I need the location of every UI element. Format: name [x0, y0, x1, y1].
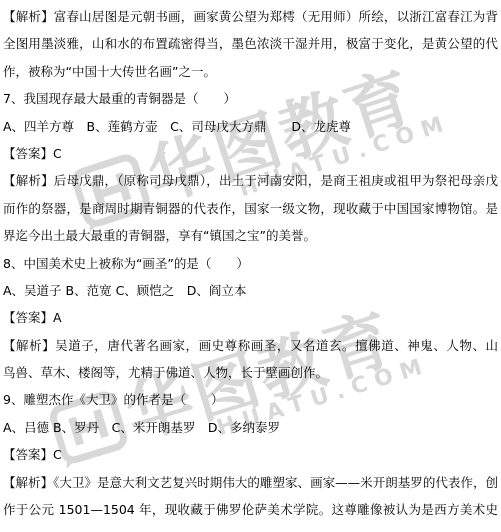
- analysis-q6-line-2: 全图用墨淡雅，山和水的布置疏密得当，墨色浓淡干湿并用，极富于变化，是黄公望的代表: [3, 30, 498, 57]
- question-9: 9、雕塑杰作《大卫》的作者是（ ）: [3, 386, 498, 413]
- analysis-8-line-1: 【解析】吴道子，唐代著名画家，画史尊称画圣，又名道玄。擅佛道、神鬼、人物、山水、: [3, 332, 498, 359]
- analysis-8-line-2: 鸟兽、草木、楼阁等，尤精于佛道、人物，长于壁画创作。: [3, 359, 498, 386]
- answer-9: 【答案】C: [3, 441, 498, 468]
- analysis-7-line-3: 界迄今出土最大最重的青铜器，享有“镇国之宝”的美誉。: [3, 222, 498, 249]
- options-9: A、吕德 B、罗丹 C、米开朗基罗 D、多纳泰罗: [3, 414, 498, 441]
- analysis-q6-line-1: 【解析】富春山居图是元朝书画，画家黄公望为郑樗（无用师）所绘，以浙江富春江为背景…: [3, 3, 498, 30]
- analysis-9-line-1: 【解析】《大卫》是意大利文艺复兴时期伟大的雕塑家、画家——米开朗基罗的代表作，创: [3, 469, 498, 496]
- analysis-q6-line-3: 作，被称为“中国十大传世名画”之一。: [3, 58, 498, 85]
- question-8: 8、中国美术史上被称为“画圣”的是（ ）: [3, 250, 498, 277]
- answer-8: 【答案】A: [3, 304, 498, 331]
- analysis-7-line-2: 而作的祭器，是商周时期青铜器的代表作，国家一级文物，现收藏于中国国家博物馆。是世: [3, 195, 498, 222]
- answer-7: 【答案】C: [3, 140, 498, 167]
- analysis-7-line-1: 【解析】后母戊鼎，（原称司母戊鼎），出土于河南安阳，是商王祖庚或祖甲为祭祀母亲戊: [3, 167, 498, 194]
- question-7: 7、我国现存最大最重的青铜器是（ ）: [3, 85, 498, 112]
- options-7: A、四羊方尊 B、莲鹤方壶 C、司母戊大方鼎 D、龙虎尊: [3, 113, 498, 140]
- options-8: A、吴道子 B、范宽 C、顾恺之 D、阎立本: [3, 277, 498, 304]
- analysis-9-line-2: 作于公元 1501—1504 年，现收藏于佛罗伦萨美术学院。这尊雕像被认为是西方…: [3, 496, 498, 523]
- document-body: 【解析】富春山居图是元朝书画，画家黄公望为郑樗（无用师）所绘，以浙江富春江为背景…: [0, 0, 501, 523]
